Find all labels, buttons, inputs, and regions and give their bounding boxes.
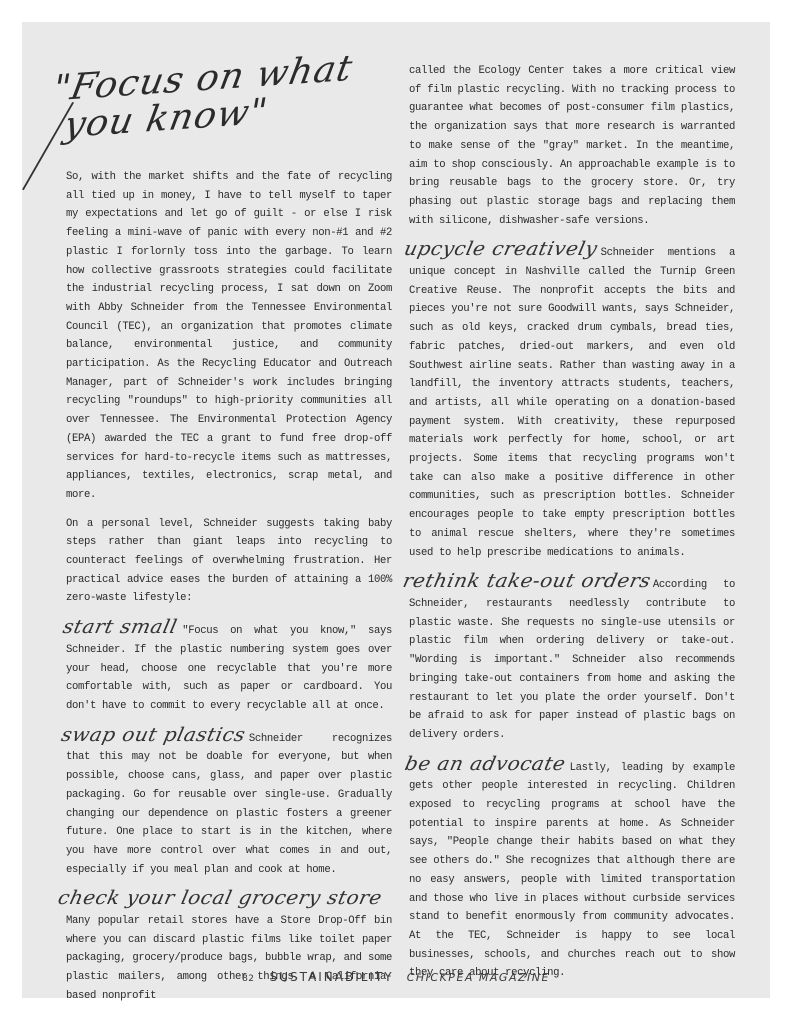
tip-be-an-advocate: be an advocateLastly, leading by example… <box>409 755 735 983</box>
tip-heading: swap out plastics <box>60 726 247 744</box>
tip-heading: start small <box>61 618 178 636</box>
body-paragraph: So, with the market shifts and the fate … <box>66 168 392 505</box>
pull-quote: "Focus on what you know" <box>43 50 361 147</box>
tip-upcycle-creatively: upcycle creativelySchneider mentions a u… <box>409 240 735 562</box>
tip-heading: upcycle creatively <box>402 240 599 258</box>
tip-body: Schneider mentions a unique concept in N… <box>409 247 735 558</box>
page-number: 82 <box>242 974 254 984</box>
body-paragraph: called the Ecology Center takes a more c… <box>409 62 735 230</box>
tip-body: "Focus on what you know," says Schneider… <box>66 625 392 712</box>
section-name: SUSTAINABILITY <box>270 970 394 984</box>
tip-swap-out-plastics: swap out plasticsSchneider recognizes th… <box>66 726 392 880</box>
page-footer: 82 SUSTAINABILITY CHICKPEA MAGAZINE <box>22 966 770 985</box>
right-column: called the Ecology Center takes a more c… <box>409 62 735 993</box>
tip-body: According to Schneider, restaurants need… <box>409 579 735 741</box>
left-column: So, with the market shifts and the fate … <box>66 168 392 1016</box>
tip-heading: be an advocate <box>403 755 567 773</box>
tip-heading: rethink take-out orders <box>401 572 652 590</box>
tip-body: Lastly, leading by example gets other pe… <box>409 762 735 980</box>
tip-heading: check your local grocery store <box>56 889 383 907</box>
tip-start-small: start small"Focus on what you know," say… <box>66 618 392 716</box>
tip-body: Many popular retail stores have a Store … <box>66 915 392 1002</box>
magazine-name: CHICKPEA MAGAZINE <box>407 971 550 984</box>
tip-body: Schneider recognizes that this may not b… <box>66 733 392 876</box>
magazine-page: "Focus on what you know" So, with the ma… <box>22 22 770 998</box>
tip-check-grocery-store: check your local grocery storeMany popul… <box>66 889 392 1005</box>
tip-rethink-take-out: rethink take-out ordersAccording to Schn… <box>409 572 735 744</box>
body-paragraph: On a personal level, Schneider suggests … <box>66 515 392 609</box>
